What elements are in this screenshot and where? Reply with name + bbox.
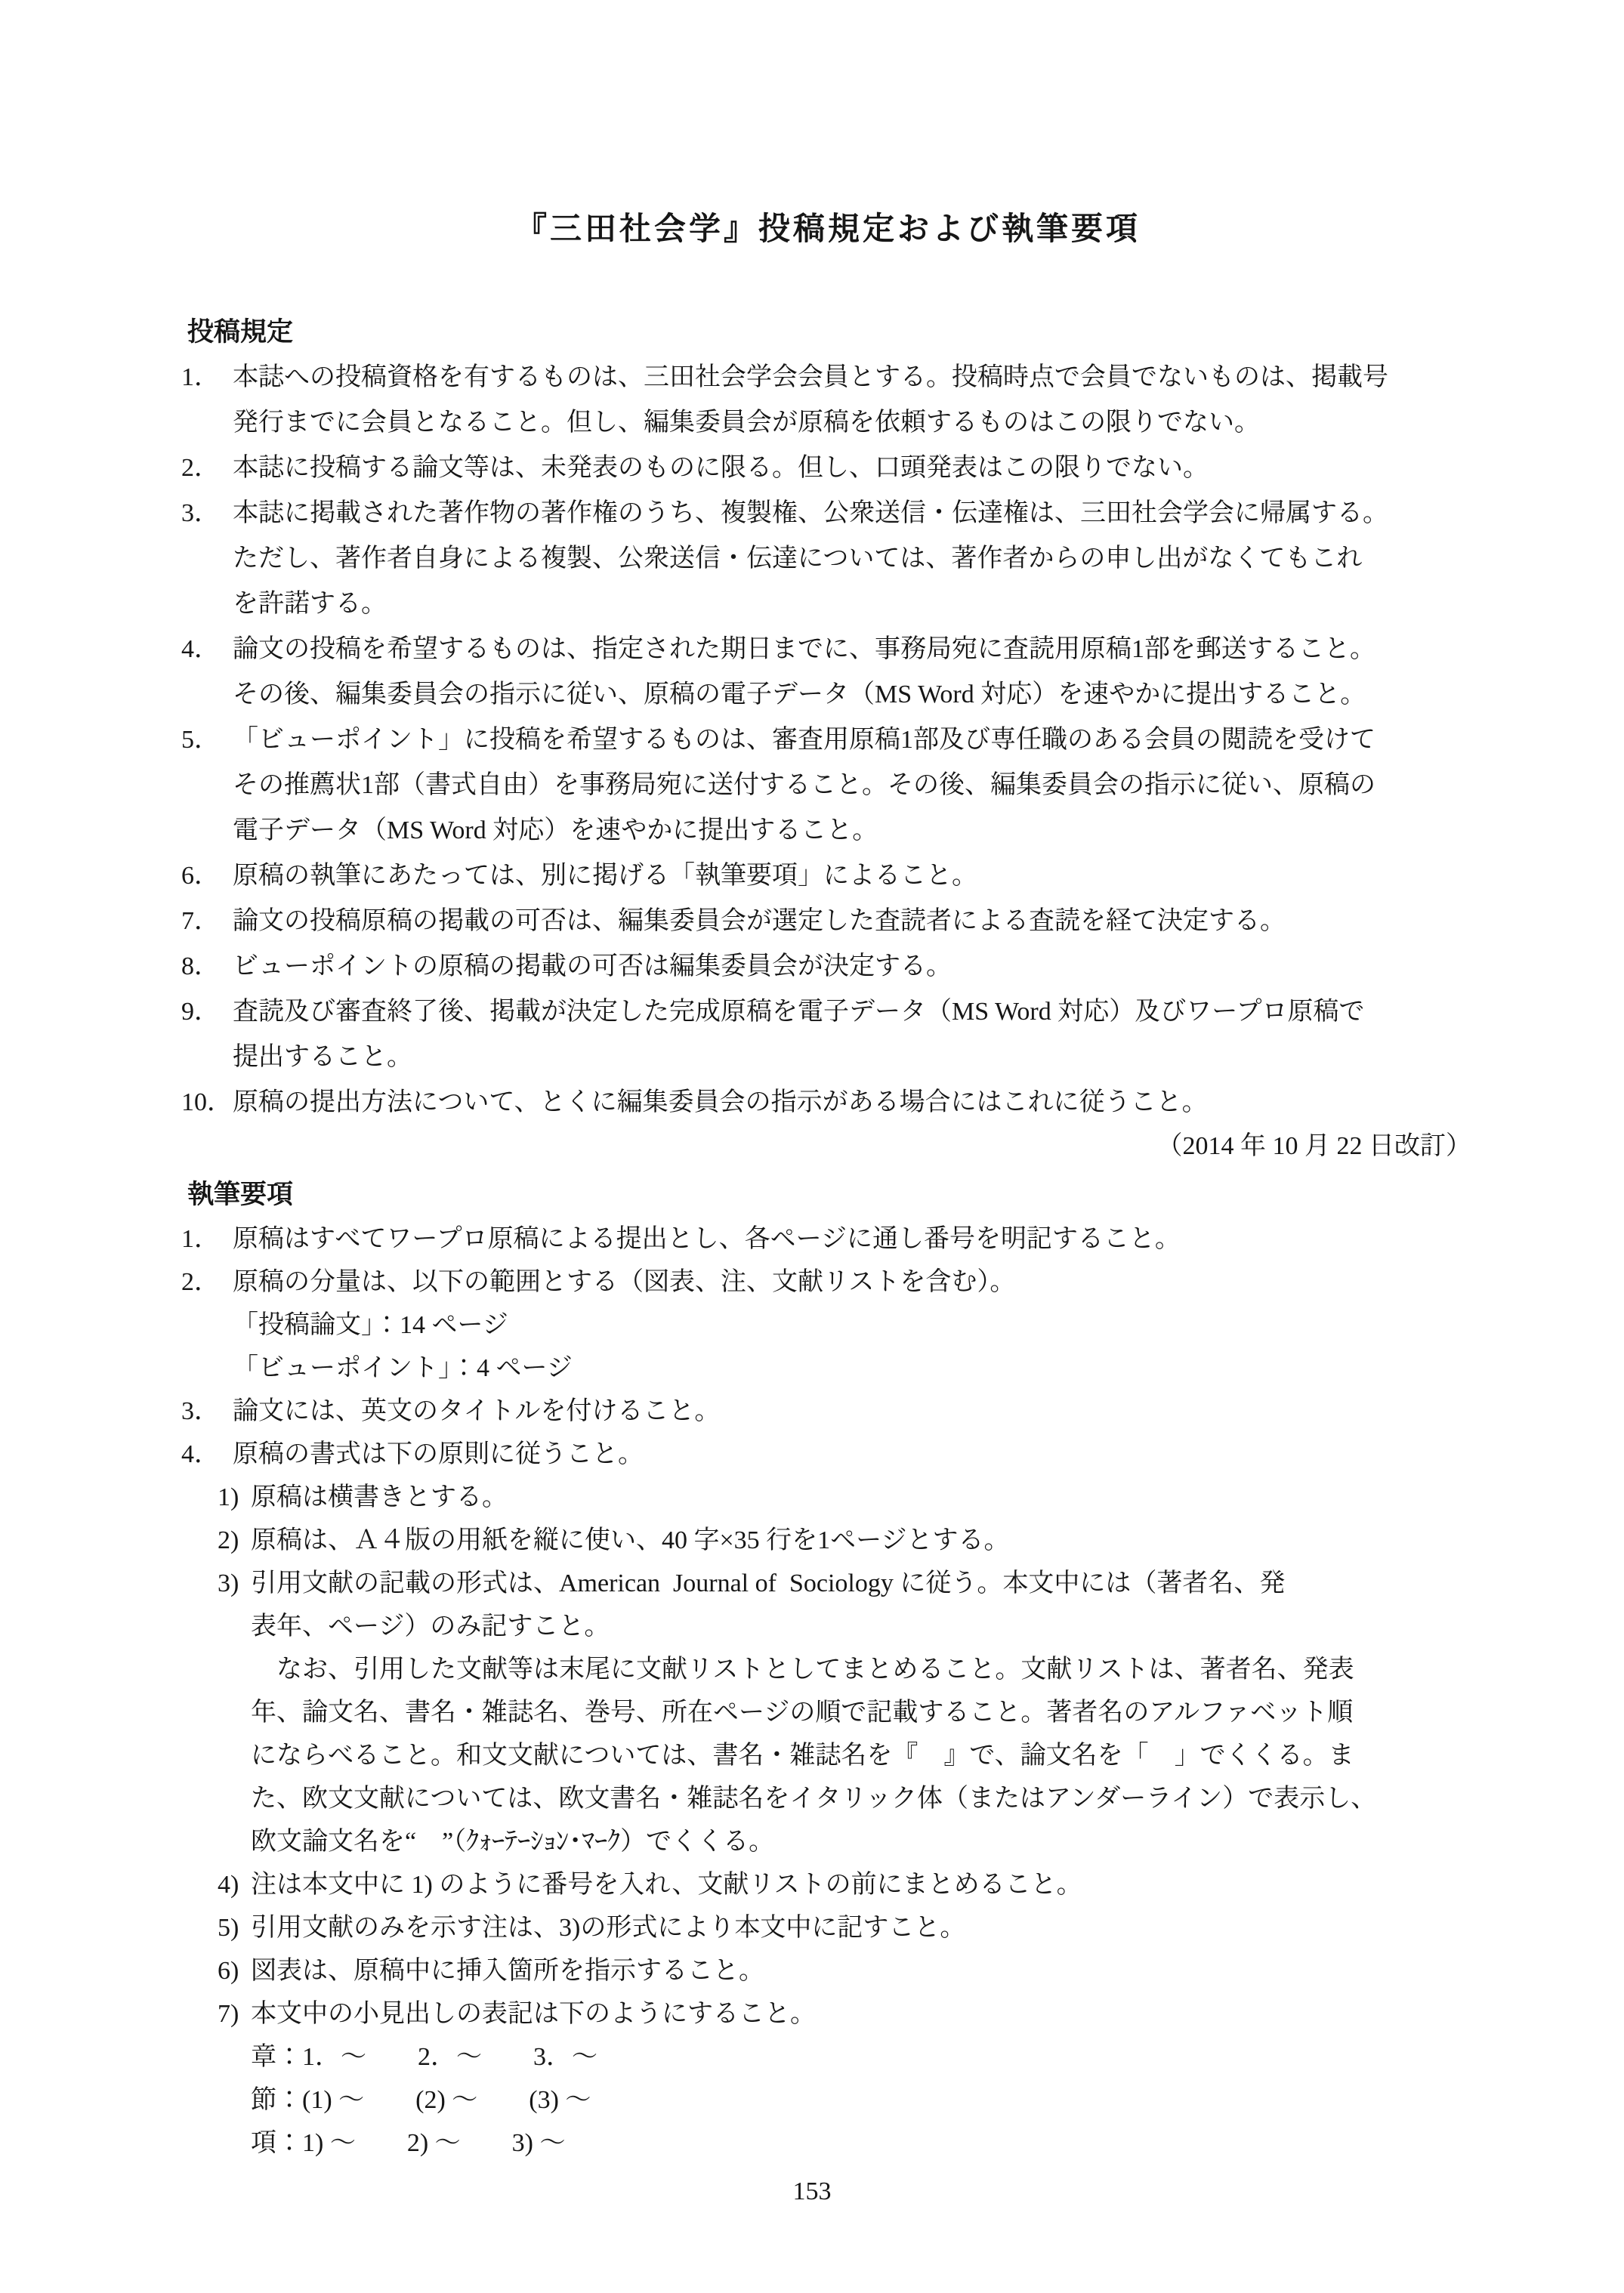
rule-item-5: 5． 「ビューポイント」に投稿を希望するものは、審査用原稿1部及び専任職のある会… <box>181 718 1474 853</box>
text-line: 表年、ページ）のみ記すこと。 <box>251 1605 1474 1648</box>
text-line: 「ビューポイント」：4 ページ <box>233 1347 1474 1390</box>
format-sub-item-7: 7) 本文中の小見出しの表記は下のようにすること。 章：1．～ 2．～ 3．～ … <box>218 1992 1474 2165</box>
sub-item-number: 3) <box>218 1562 251 1605</box>
item-number: 1． <box>181 1217 233 1261</box>
rule-item-10: 10． 原稿の提出方法について、とくに編集委員会の指示がある場合にはこれに従うこ… <box>181 1080 1474 1125</box>
text-line: 電子データ（MS Word 対応）を速やかに提出すること。 <box>233 808 1474 853</box>
guideline-item-4: 4． 原稿の書式は下の原則に従うこと。 <box>181 1433 1474 1476</box>
item-number: 6． <box>181 853 233 899</box>
item-number: 2． <box>181 1261 233 1304</box>
item-text: 本誌に掲載された著作物の著作権のうち、複製権、公衆送信・伝達権は、三田社会学会に… <box>233 491 1474 627</box>
item-text: 論文の投稿を希望するものは、指定された期日までに、事務局宛に査読用原稿1部を郵送… <box>233 627 1474 718</box>
rule-item-7: 7． 論文の投稿原稿の掲載の可否は、編集委員会が選定した査読者による査読を経て決… <box>181 899 1474 944</box>
text-line: 原稿はすべてワープロ原稿による提出とし、各ページに通し番号を明記すること。 <box>233 1217 1474 1261</box>
text-line: その推薦状1部（書式自由）を事務局宛に送付すること。その後、編集委員会の指示に従… <box>233 763 1474 808</box>
text-line: 年、論文名、書名・雑誌名、巻号、所在ページの順で記載すること。著者名のアルファベ… <box>251 1691 1474 1734</box>
text-line: 査読及び審査終了後、掲載が決定した完成原稿を電子データ（MS Word 対応）及… <box>233 989 1474 1035</box>
item-text: 原稿の執筆にあたっては、別に掲げる「執筆要項」によること。 <box>233 853 1474 899</box>
item-number: 7． <box>181 899 233 944</box>
revision-note: （2014 年 10 月 22 日改訂） <box>181 1125 1474 1168</box>
submission-rules-heading: 投稿規定 <box>181 313 1474 352</box>
text-line: 論文の投稿を希望するものは、指定された期日までに、事務局宛に査読用原稿1部を郵送… <box>233 627 1474 672</box>
submission-rules-section: 投稿規定 1． 本誌への投稿資格を有するものは、三田社会学会会員とする。投稿時点… <box>181 313 1474 1168</box>
text-line: 論文の投稿原稿の掲載の可否は、編集委員会が選定した査読者による査読を経て決定する… <box>233 899 1474 944</box>
rule-item-1: 1． 本誌への投稿資格を有するものは、三田社会学会会員とする。投稿時点で会員でな… <box>181 355 1474 446</box>
text-line: 本誌への投稿資格を有するものは、三田社会学会会員とする。投稿時点で会員でないもの… <box>233 355 1474 400</box>
text-line: 原稿は横書きとする。 <box>251 1476 1474 1519</box>
item-number: 8． <box>181 944 233 989</box>
rule-item-6: 6． 原稿の執筆にあたっては、別に掲げる「執筆要項」によること。 <box>181 853 1474 899</box>
writing-guidelines-section: 執筆要項 1． 原稿はすべてワープロ原稿による提出とし、各ページに通し番号を明記… <box>181 1175 1474 2165</box>
item-text: 「ビューポイント」に投稿を希望するものは、審査用原稿1部及び専任職のある会員の閲… <box>233 718 1474 853</box>
sub-item-text: 引用文献のみを示す注は、3)の形式により本文中に記すこと。 <box>251 1906 1474 1949</box>
format-sub-item-1: 1) 原稿は横書きとする。 <box>218 1476 1474 1519</box>
item-number: 4． <box>181 1433 233 1476</box>
item-text: 原稿はすべてワープロ原稿による提出とし、各ページに通し番号を明記すること。 <box>233 1217 1474 1261</box>
item-text: 本誌に投稿する論文等は、未発表のものに限る。但し、口頭発表はこの限りでない。 <box>233 446 1474 491</box>
guideline-item-3: 3． 論文には、英文のタイトルを付けること。 <box>181 1390 1474 1433</box>
text-line: 本誌に投稿する論文等は、未発表のものに限る。但し、口頭発表はこの限りでない。 <box>233 446 1474 491</box>
sub-item-text: 本文中の小見出しの表記は下のようにすること。 章：1．～ 2．～ 3．～ 節：(… <box>251 1992 1474 2165</box>
format-sub-item-2: 2) 原稿は、Ａ４版の用紙を縦に使い、40 字×35 行を1ページとする。 <box>218 1519 1474 1562</box>
text-line: なお、引用した文献等は末尾に文献リストとしてまとめること。文献リストは、著者名、… <box>251 1648 1474 1691</box>
writing-guidelines-heading: 執筆要項 <box>181 1175 1474 1214</box>
page-number: 153 <box>0 2177 1624 2207</box>
text-line: 原稿の書式は下の原則に従うこと。 <box>233 1433 1474 1476</box>
text-line: ビューポイントの原稿の掲載の可否は編集委員会が決定する。 <box>233 944 1474 989</box>
guideline-item-1: 1． 原稿はすべてワープロ原稿による提出とし、各ページに通し番号を明記すること。 <box>181 1217 1474 1261</box>
rule-item-4: 4． 論文の投稿を希望するものは、指定された期日までに、事務局宛に査読用原稿1部… <box>181 627 1474 718</box>
item-number: 1． <box>181 355 233 400</box>
rule-item-3: 3． 本誌に掲載された著作物の著作権のうち、複製権、公衆送信・伝達権は、三田社会… <box>181 491 1474 627</box>
text-line: 図表は、原稿中に挿入箇所を指示すること。 <box>251 1949 1474 1992</box>
text-line: 原稿の執筆にあたっては、別に掲げる「執筆要項」によること。 <box>233 853 1474 899</box>
item-number: 3． <box>181 491 233 536</box>
text-line: 本誌に掲載された著作物の著作権のうち、複製権、公衆送信・伝達権は、三田社会学会に… <box>233 491 1474 536</box>
sub-item-text: 原稿は、Ａ４版の用紙を縦に使い、40 字×35 行を1ページとする。 <box>251 1519 1474 1562</box>
text-line: 発行までに会員となること。但し、編集委員会が原稿を依頼するものはこの限りでない。 <box>233 400 1474 446</box>
item-text: 原稿の書式は下の原則に従うこと。 <box>233 1433 1474 1476</box>
text-line: その後、編集委員会の指示に従い、原稿の電子データ（MS Word 対応）を速やか… <box>233 672 1474 718</box>
format-sub-item-3: 3) 引用文献の記載の形式は、American Journal of Socio… <box>218 1562 1474 1863</box>
sub-item-text: 原稿は横書きとする。 <box>251 1476 1474 1519</box>
sub-item-text: 図表は、原稿中に挿入箇所を指示すること。 <box>251 1949 1474 1992</box>
text-line: 論文には、英文のタイトルを付けること。 <box>233 1390 1474 1433</box>
text-line: 原稿は、Ａ４版の用紙を縦に使い、40 字×35 行を1ページとする。 <box>251 1519 1474 1562</box>
sub-item-number: 5) <box>218 1906 251 1949</box>
text-line: 章：1．～ 2．～ 3．～ <box>251 2035 1474 2079</box>
item-text: 原稿の分量は、以下の範囲とする（図表、注、文献リストを含む）。 「投稿論文」：1… <box>233 1261 1474 1390</box>
text-line: 提出すること。 <box>233 1035 1474 1080</box>
rule-item-9: 9． 査読及び審査終了後、掲載が決定した完成原稿を電子データ（MS Word 対… <box>181 989 1474 1080</box>
text-line: 本文中の小見出しの表記は下のようにすること。 <box>251 1992 1474 2035</box>
text-line: 原稿の分量は、以下の範囲とする（図表、注、文献リストを含む）。 <box>233 1261 1474 1304</box>
text-line: 「投稿論文」：14 ページ <box>233 1304 1474 1347</box>
format-sub-item-6: 6) 図表は、原稿中に挿入箇所を指示すること。 <box>218 1949 1474 1992</box>
page-title: 『三田社会学』投稿規定および執筆要項 <box>181 210 1474 248</box>
sub-item-number: 4) <box>218 1863 251 1906</box>
item-text: 論文の投稿原稿の掲載の可否は、編集委員会が選定した査読者による査読を経て決定する… <box>233 899 1474 944</box>
text-line: 引用文献のみを示す注は、3)の形式により本文中に記すこと。 <box>251 1906 1474 1949</box>
format-sub-items: 1) 原稿は横書きとする。 2) 原稿は、Ａ４版の用紙を縦に使い、40 字×35… <box>218 1476 1474 2165</box>
sub-item-number: 7) <box>218 1992 251 2035</box>
document-page: 『三田社会学』投稿規定および執筆要項 投稿規定 1． 本誌への投稿資格を有するも… <box>0 0 1624 2293</box>
text-line: ただし、著作者自身による複製、公衆送信・伝達については、著作者からの申し出がなく… <box>233 536 1474 582</box>
item-number: 9． <box>181 989 233 1035</box>
item-text: 論文には、英文のタイトルを付けること。 <box>233 1390 1474 1433</box>
text-line: 注は本文中に 1) のように番号を入れ、文献リストの前にまとめること。 <box>251 1863 1474 1906</box>
item-number: 10． <box>181 1080 233 1125</box>
text-line: 節：(1) ～ (2) ～ (3) ～ <box>251 2079 1474 2122</box>
item-text: 査読及び審査終了後、掲載が決定した完成原稿を電子データ（MS Word 対応）及… <box>233 989 1474 1080</box>
rule-item-8: 8． ビューポイントの原稿の掲載の可否は編集委員会が決定する。 <box>181 944 1474 989</box>
item-text: 原稿の提出方法について、とくに編集委員会の指示がある場合にはこれに従うこと。 <box>233 1080 1474 1125</box>
sub-item-number: 6) <box>218 1949 251 1992</box>
text-line: を許諾する。 <box>233 582 1474 627</box>
rule-item-2: 2． 本誌に投稿する論文等は、未発表のものに限る。但し、口頭発表はこの限りでない… <box>181 446 1474 491</box>
text-line: 欧文論文名を“ ”（ｸｫｰﾃｰｼｮﾝ･ﾏｰｸ）でくくる。 <box>251 1820 1474 1863</box>
item-number: 3． <box>181 1390 233 1433</box>
sub-item-number: 2) <box>218 1519 251 1562</box>
item-number: 4． <box>181 627 233 672</box>
text-line: 項：1) ～ 2) ～ 3) ～ <box>251 2122 1474 2165</box>
text-line: にならべること。和文文献については、書名・雑誌名を『 』で、論文名を「 」でくく… <box>251 1734 1474 1777</box>
guideline-item-2: 2． 原稿の分量は、以下の範囲とする（図表、注、文献リストを含む）。 「投稿論文… <box>181 1261 1474 1390</box>
sub-item-number: 1) <box>218 1476 251 1519</box>
item-text: ビューポイントの原稿の掲載の可否は編集委員会が決定する。 <box>233 944 1474 989</box>
text-line: 「ビューポイント」に投稿を希望するものは、審査用原稿1部及び専任職のある会員の閲… <box>233 718 1474 763</box>
format-sub-item-4: 4) 注は本文中に 1) のように番号を入れ、文献リストの前にまとめること。 <box>218 1863 1474 1906</box>
item-text: 本誌への投稿資格を有するものは、三田社会学会会員とする。投稿時点で会員でないもの… <box>233 355 1474 446</box>
item-number: 2． <box>181 446 233 491</box>
text-line: た、欧文文献については、欧文書名・雑誌名をイタリック体（またはアンダーライン）で… <box>251 1777 1474 1820</box>
text-line: 原稿の提出方法について、とくに編集委員会の指示がある場合にはこれに従うこと。 <box>233 1080 1474 1125</box>
sub-item-text: 引用文献の記載の形式は、American Journal of Sociolog… <box>251 1562 1474 1863</box>
item-number: 5． <box>181 718 233 763</box>
format-sub-item-5: 5) 引用文献のみを示す注は、3)の形式により本文中に記すこと。 <box>218 1906 1474 1949</box>
sub-item-text: 注は本文中に 1) のように番号を入れ、文献リストの前にまとめること。 <box>251 1863 1474 1906</box>
text-line: 引用文献の記載の形式は、American Journal of Sociolog… <box>251 1562 1474 1605</box>
